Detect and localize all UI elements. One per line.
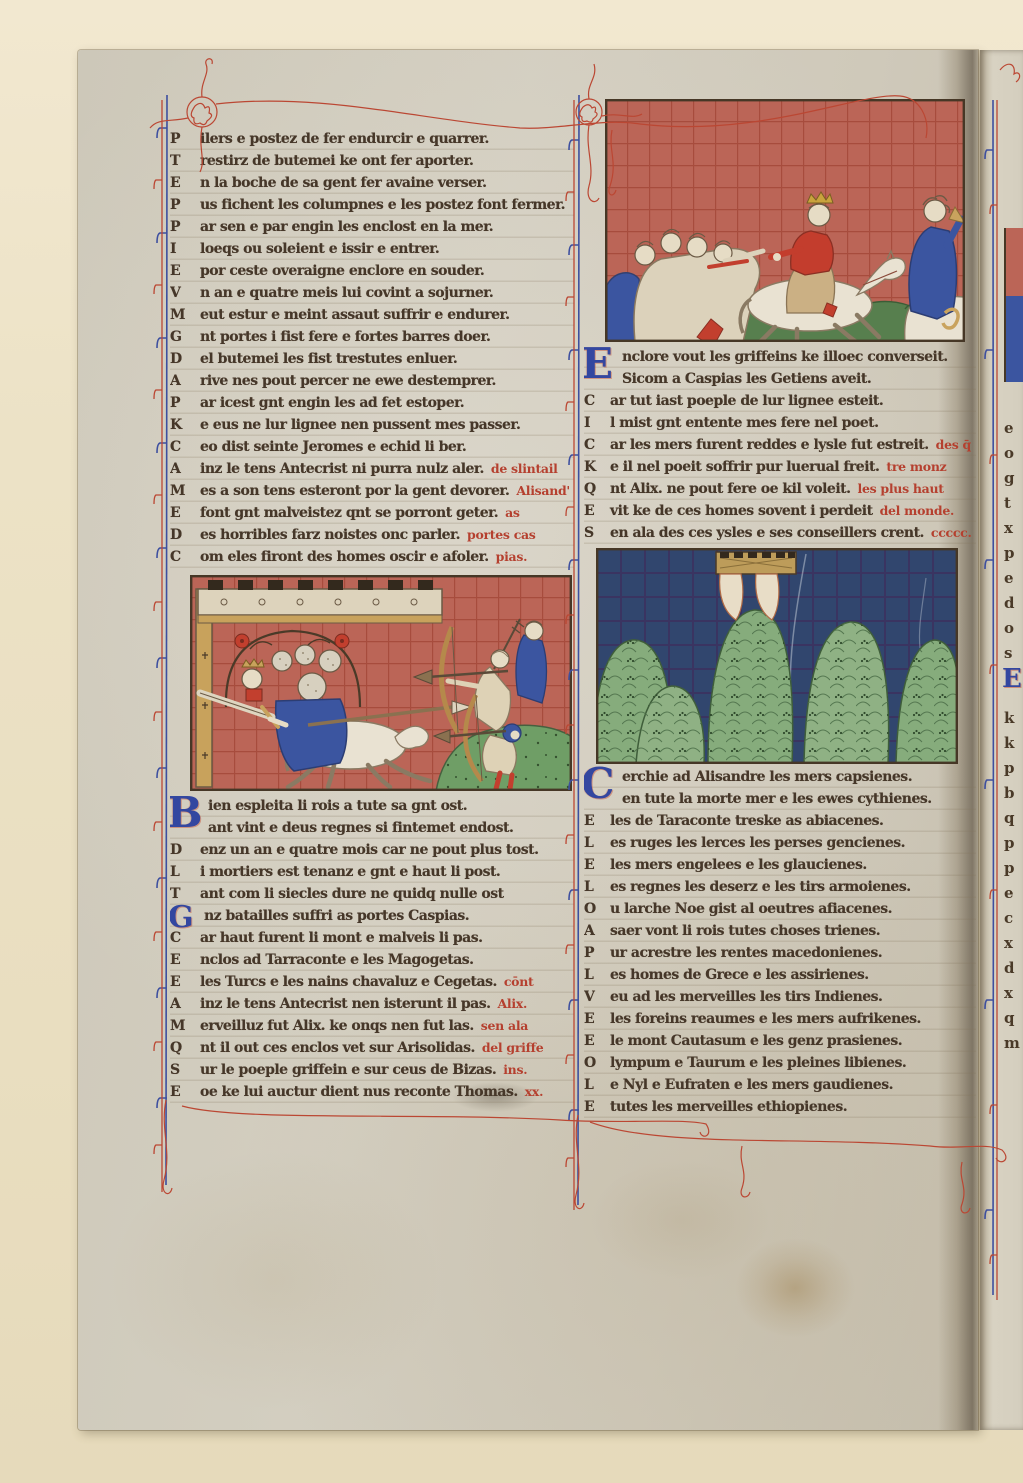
verse-line: En la boche de sa gent fer avaine verser… [170, 172, 574, 194]
verse-line: Par sen e par engin les enclost en la me… [170, 216, 574, 238]
line-initial: K [170, 414, 200, 436]
line-initial: E [170, 172, 200, 194]
rubric-note: de slintail [491, 461, 558, 476]
verse-text: ar haut furent li mont e malveis li pas. [200, 930, 483, 946]
verse-line: Olympum e Taurum e les pleines libienes. [584, 1052, 976, 1074]
line-initial: D [170, 524, 200, 546]
verse-text: eo dist seinte Jeromes e echid li ber. [200, 439, 466, 455]
verse-text: en ala des ces ysles e ses conseillers c… [610, 525, 924, 541]
verse-line: Ou larche Noe gist al oeutres afiacenes. [584, 898, 976, 920]
line-initial: E [584, 854, 610, 876]
verse-line: Com eles firont des homes oscir e afoler… [170, 546, 574, 568]
verse-line: Bien espleita li rois a tute sa gnt ost. [170, 795, 574, 817]
verse-text: e Nyl e Eufraten e les mers gaudienes. [610, 1077, 893, 1093]
rubric-note: pias. [496, 549, 527, 564]
verse-line: Evit ke de ces homes sovent i perdeitdel… [584, 500, 976, 522]
rubric-note: tre monz [886, 459, 946, 474]
verse-line: Pus fichent les columpnes e les postez f… [170, 194, 574, 216]
line-initial: L [584, 1074, 610, 1096]
edge-letter: p [1004, 856, 1023, 881]
knights-at-castle-gate-facing-three-archers [190, 575, 572, 791]
line-initial: O [584, 1052, 610, 1074]
line-initial: Q [584, 478, 610, 500]
verse-text: n la boche de sa gent fer avaine verser. [200, 175, 486, 191]
verse-text: erchie ad Alisandre les mers capsienes. [622, 769, 912, 785]
line-initial: A [170, 993, 200, 1015]
line-initial: E [584, 810, 610, 832]
verse-line: Merveilluz fut Alix. ke onqs nen fut las… [170, 1015, 574, 1037]
verse-text: us fichent les columpnes e les postez fo… [200, 197, 565, 213]
edge-letter: d [1004, 591, 1023, 616]
verse-line: Mes a son tens esteront por la gent devo… [170, 480, 574, 502]
line-initial: P [584, 942, 610, 964]
line-initial: E [584, 1030, 610, 1052]
green-mounds-with-gold-canopy [596, 548, 958, 764]
verse-line: Eles mers engelees e les glaucienes. [584, 854, 976, 876]
rubric-note: des q̄ [936, 437, 971, 452]
line-initial: C [584, 390, 610, 412]
right-column-lower-verses: Cerchie ad Alisandre les mers capsienes.… [584, 766, 976, 1118]
facing-page-blue-initial: E [1002, 666, 1022, 692]
line-initial: M [170, 480, 200, 502]
verse-text: saer vont li rois tutes choses trienes. [610, 923, 880, 939]
edge-letter: p [1004, 756, 1023, 781]
verse-text: ien espleita li rois a tute sa gnt ost. [208, 798, 467, 814]
edge-letter: d [1004, 956, 1023, 981]
verse-line: Des horribles farz noistes onc parler.po… [170, 524, 574, 546]
verse-line: Del butemei les fist trestutes enluer. [170, 348, 574, 370]
line-initial: L [584, 876, 610, 898]
rubric-note: les plus haut [858, 481, 944, 496]
verse-line: Le Nyl e Eufraten e les mers gaudienes. [584, 1074, 976, 1096]
verse-text: ur acrestre les rentes macedonienes. [610, 945, 882, 961]
line-initial: Q [170, 1037, 200, 1059]
verse-text: erveilluz fut Alix. ke onqs nen fut las. [200, 1018, 474, 1034]
line-initial: E [170, 260, 200, 282]
verse-text: nclore vout les griffeins ke illoec conv… [622, 349, 948, 365]
line-initial: S [170, 1059, 200, 1081]
verse-text: le mont Cautasum e les genz prasienes. [610, 1033, 902, 1049]
miniature-knights-vs-archers [190, 575, 572, 791]
verse-line: Ainz le tens Antecrist ni purra nulz ale… [170, 458, 574, 480]
verse-text: i mortiers est tenanz e gnt e haut li po… [200, 864, 500, 880]
verse-line: Il mist gnt entente mes fere nel poet. [584, 412, 976, 434]
line-initial: I [170, 238, 200, 260]
verse-text: les de Taraconte treske as abiacenes. [610, 813, 883, 829]
verse-line: Asaer vont li rois tutes choses trienes. [584, 920, 976, 942]
verse-line: Gnt portes i fist fere e fortes barres d… [170, 326, 574, 348]
verse-line: Sen ala des ces ysles e ses conseillers … [584, 522, 976, 544]
verse-text: ar tut iast poeple de lur lignee esteit. [610, 393, 883, 409]
edge-letter: e [1004, 566, 1023, 591]
line-initial: I [584, 412, 610, 434]
rubric-note: sen ala [481, 1018, 528, 1033]
verse-line: Qnt il out ces enclos vet sur Arisolidas… [170, 1037, 574, 1059]
verse-text: por ceste overaigne enclore en souder. [200, 263, 484, 279]
verse-text: nz batailles suffri as portes Caspias. [204, 908, 469, 924]
rubric-note: ins. [503, 1062, 527, 1077]
verse-line: Les homes de Grece e les assirienes. [584, 964, 976, 986]
rubric-note: as [505, 505, 520, 520]
left-column-upper-verses: Pilers e postez de fer endurcir e quarre… [170, 128, 574, 568]
verse-line: Pur acrestre les rentes macedonienes. [584, 942, 976, 964]
edge-letter: o [1004, 441, 1023, 466]
facing-page-miniature-edge-blue [1004, 296, 1023, 382]
verse-text: nclos ad Tarraconte e les Magogetas. [200, 952, 474, 968]
edge-letter: x [1004, 516, 1023, 541]
verse-text: Sicom a Caspias les Getiens aveit. [622, 371, 871, 387]
manuscript-photo: Pilers e postez de fer endurcir e quarre… [0, 0, 1023, 1483]
verse-text: om eles firont des homes oscir e afoler. [200, 549, 489, 565]
verse-text: tutes les merveilles ethiopienes. [610, 1099, 847, 1115]
verse-text: rive nes pout percer ne ewe destemprer. [200, 373, 496, 389]
line-initial: T [170, 150, 200, 172]
verse-text: ar icest gnt engin les ad fet estoper. [200, 395, 464, 411]
line-initial: L [584, 832, 610, 854]
edge-letter: g [1004, 466, 1023, 491]
line-initial: S [584, 522, 610, 544]
right-column-upper-verses: Enclore vout les griffeins ke illoec con… [584, 346, 976, 544]
edge-letter: x [1004, 931, 1023, 956]
verse-text: ilers e postez de fer endurcir e quarrer… [200, 131, 489, 147]
line-initial: L [584, 964, 610, 986]
verse-text: les Turcs e les nains chavaluz e Cegetas… [200, 974, 497, 990]
verse-text: el butemei les fist trestutes enluer. [200, 351, 457, 367]
verse-line: Les ruges les lerces les perses genciene… [584, 832, 976, 854]
line-initial: E [170, 971, 200, 993]
verse-line: Enclos ad Tarraconte e les Magogetas. [170, 949, 574, 971]
verse-text: es regnes les deserz e les tirs armoiene… [610, 879, 911, 895]
verse-line: Iloeqs ou soleient e issir e entrer. [170, 238, 574, 260]
verse-text: n an e quatre meis lui covint a sojurner… [200, 285, 493, 301]
verse-line: Li mortiers est tenanz e gnt e haut li p… [170, 861, 574, 883]
line-initial: E [584, 1008, 610, 1030]
line-initial: E [170, 502, 200, 524]
verse-line: en tute la morte mer e les ewes cythiene… [584, 788, 976, 810]
line-initial: V [170, 282, 200, 304]
edge-letter: e [1004, 881, 1023, 906]
verse-line: Ke eus ne lur lignee nen pussent mes pas… [170, 414, 574, 436]
verse-text: es homes de Grece e les assirienes. [610, 967, 869, 983]
verse-line: Etutes les merveilles ethiopienes. [584, 1096, 976, 1118]
edge-letter: c [1004, 906, 1023, 931]
verse-text: lympum e Taurum e les pleines libienes. [610, 1055, 906, 1071]
verse-line: Eles de Taraconte treske as abiacenes. [584, 810, 976, 832]
verse-text: eu ad les merveilles les tirs Indienes. [610, 989, 882, 1005]
line-initial: V [584, 986, 610, 1008]
left-column-lower-verses: Bien espleita li rois a tute sa gnt ost.… [170, 795, 574, 1103]
verse-text: ar les mers furent reddes e lysle fut es… [610, 437, 929, 453]
rubric-note: Alix. [498, 996, 528, 1011]
verse-text: inz le tens Antecrist nen isterunt il pa… [200, 996, 491, 1012]
verse-text: oe ke lui auctur dient nus reconte Thoma… [200, 1084, 518, 1100]
edge-letter: e [1004, 416, 1023, 441]
line-initial: O [584, 898, 610, 920]
rubric-note: del griffe [482, 1040, 544, 1055]
line-initial: P [170, 128, 200, 150]
verse-line: Enclore vout les griffeins ke illoec con… [584, 346, 976, 368]
verse-text: u larche Noe gist al oeutres afiacenes. [610, 901, 892, 917]
verse-line: Cerchie ad Alisandre les mers capsienes. [584, 766, 976, 788]
verse-text: nt il out ces enclos vet sur Arisolidas. [200, 1040, 475, 1056]
verse-text: ur le poeple griffein e sur ceus de Biza… [200, 1062, 496, 1078]
verse-line: Par icest gnt engin les ad fet estoper. [170, 392, 574, 414]
edge-letter: p [1004, 541, 1023, 566]
verse-line: Vn an e quatre meis lui covint a sojurne… [170, 282, 574, 304]
line-initial: C [584, 434, 610, 456]
verse-line: Car les mers furent reddes e lysle fut e… [584, 434, 976, 456]
verse-line: ant vint e deus regnes si fintemet endos… [170, 817, 574, 839]
verse-line: Arive nes pout percer ne ewe destemprer. [170, 370, 574, 392]
line-initial: C [170, 546, 200, 568]
rubric-note: ccccc. [931, 525, 972, 540]
line-initial: C [170, 436, 200, 458]
verse-line: Pilers e postez de fer endurcir e quarre… [170, 128, 574, 150]
verse-line: Ceo dist seinte Jeromes e echid li ber. [170, 436, 574, 458]
verse-line: Ke il nel poeit soffrir pur luerual frei… [584, 456, 976, 478]
edge-letter: m [1004, 1031, 1023, 1056]
verse-line: Eoe ke lui auctur dient nus reconte Thom… [170, 1081, 574, 1103]
line-initial: M [170, 1015, 200, 1037]
verse-line: Veu ad les merveilles les tirs Indienes. [584, 986, 976, 1008]
rubric-note: del monde. [880, 503, 955, 518]
edge-letter: t [1004, 491, 1023, 516]
edge-letter: x [1004, 981, 1023, 1006]
verse-line: Qnt Alix. ne pout fere oe kil voleit.les… [584, 478, 976, 500]
miniature-caspian-mounds [596, 548, 958, 764]
verse-line: Denz un an e quatre mois car ne pout plu… [170, 839, 574, 861]
line-initial: P [170, 216, 200, 238]
verse-line: Les regnes les deserz e les tirs armoien… [584, 876, 976, 898]
line-initial: C [170, 927, 200, 949]
edge-letter: q [1004, 806, 1023, 831]
line-initial: M [170, 304, 200, 326]
line-initial: E [170, 1081, 200, 1103]
verse-line: Ele mont Cautasum e les genz prasienes. [584, 1030, 976, 1052]
line-initial: D [170, 348, 200, 370]
rubric-note: cōnt [504, 974, 534, 989]
rubric-note: Alisand' [516, 483, 570, 498]
verse-text: font gnt malveistez qnt se porront geter… [200, 505, 498, 521]
verse-text: en tute la morte mer e les ewes cythiene… [622, 791, 932, 807]
verse-text: nt Alix. ne pout fere oe kil voleit. [610, 481, 851, 497]
line-initial: A [584, 920, 610, 942]
verse-line: Efont gnt malveistez qnt se porront gete… [170, 502, 574, 524]
verse-text: nt portes i fist fere e fortes barres do… [200, 329, 490, 345]
rubric-note: xx. [525, 1084, 543, 1099]
verse-text: loeqs ou soleient e issir e entrer. [200, 241, 439, 257]
line-initial: E [584, 500, 610, 522]
line-initial: G [170, 326, 200, 348]
edge-letter: s [1004, 641, 1023, 666]
edge-letter: k [1004, 731, 1023, 756]
line-initial: A [170, 370, 200, 392]
edge-letter: p [1004, 831, 1023, 856]
verse-line: Sur le poeple griffein e sur ceus de Biz… [170, 1059, 574, 1081]
line-initial: P [170, 392, 200, 414]
verse-line: Epor ceste overaigne enclore en souder. [170, 260, 574, 282]
verse-text: l mist gnt entente mes fere nel poet. [610, 415, 878, 431]
verse-line: Car haut furent li mont e malveis li pas… [170, 927, 574, 949]
verse-text: es horribles farz noistes onc parler. [200, 527, 460, 543]
line-initial: K [584, 456, 610, 478]
verse-line: Trestirz de butemei ke ont fer aporter. [170, 150, 574, 172]
verse-text: es a son tens esteront por la gent devor… [200, 483, 509, 499]
verse-line: Eles Turcs e les nains chavaluz e Cegeta… [170, 971, 574, 993]
verse-text: ant vint e deus regnes si fintemet endos… [208, 820, 513, 836]
verse-text: es ruges les lerces les perses gencienes… [610, 835, 905, 851]
miniature-king-and-griffon-rider [605, 99, 965, 342]
edge-letter: o [1004, 616, 1023, 641]
verse-text: enz un an e quatre mois car ne pout plus… [200, 842, 538, 858]
verse-text: vit ke de ces homes sovent i perdeit [610, 503, 873, 519]
verse-line: Meut estur e meint assaut suffrir e endu… [170, 304, 574, 326]
verse-line: Tant com li siecles dure ne quidq nulle … [170, 883, 574, 905]
edge-letter: b [1004, 781, 1023, 806]
line-initial: E [584, 1096, 610, 1118]
line-initial: D [170, 839, 200, 861]
facing-page-miniature-edge-red [1004, 228, 1023, 296]
verse-text: ant com li siecles dure ne quidq nulle o… [200, 886, 504, 902]
rubric-note: portes cas [467, 527, 536, 542]
edge-letter: q [1004, 1006, 1023, 1031]
verse-text: ar sen e par engin les enclost en la mer… [200, 219, 493, 235]
verse-text: inz le tens Antecrist ni purra nulz aler… [200, 461, 484, 477]
line-initial: P [170, 194, 200, 216]
verse-text: les mers engelees e les glaucienes. [610, 857, 867, 873]
facing-page-initials-upper: eogtxpedos [1004, 416, 1023, 666]
verse-text: eut estur e meint assaut suffrir e endur… [200, 307, 510, 323]
verse-line: Ainz le tens Antecrist nen isterunt il p… [170, 993, 574, 1015]
line-initial: L [170, 861, 200, 883]
verse-line: Gnz batailles suffri as portes Caspias. [170, 905, 574, 927]
verse-text: e il nel poeit soffrir pur luerual freit… [610, 459, 879, 475]
verse-line: Sicom a Caspias les Getiens aveit. [584, 368, 976, 390]
crowned-king-on-white-horse-with-courtiers-and-blue-rider [605, 99, 965, 342]
verse-line: Car tut iast poeple de lur lignee esteit… [584, 390, 976, 412]
verse-text: restirz de butemei ke ont fer aporter. [200, 153, 473, 169]
edge-letter: k [1004, 706, 1023, 731]
verse-line: Eles foreins reaumes e les mers aufriken… [584, 1008, 976, 1030]
facing-page-initials-lower: kkpbqppecxdxqm [1004, 706, 1023, 1056]
line-initial: A [170, 458, 200, 480]
line-initial: E [170, 949, 200, 971]
verse-text: les foreins reaumes e les mers aufrikene… [610, 1011, 921, 1027]
verse-text: e eus ne lur lignee nen pussent mes pass… [200, 417, 520, 433]
